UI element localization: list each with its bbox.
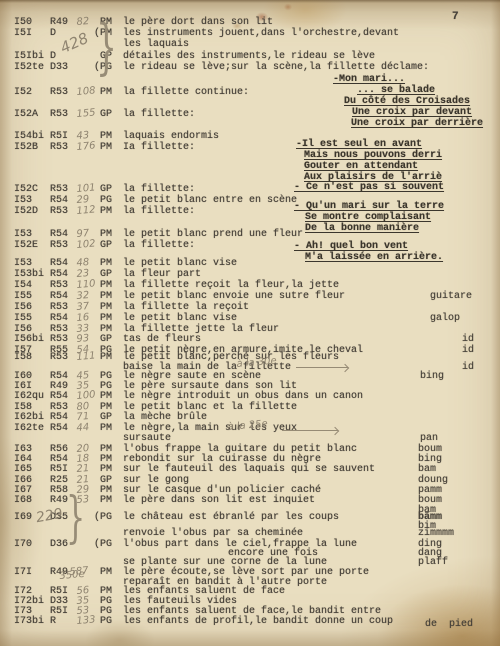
shot-id: I53bi — [14, 269, 44, 280]
action-description: détailes des instruments,le rideau se lè… — [123, 51, 375, 62]
footage-number-handwritten: 102 — [76, 238, 96, 251]
script-line: I52ER53102GPla fillette: — [0, 240, 500, 251]
pencil-annotation: 350e — [59, 569, 85, 582]
reel-code: R53 — [50, 280, 68, 291]
footage-number-handwritten: 155 — [76, 107, 96, 120]
format-code: PM — [100, 206, 112, 217]
action-description: le petit blanc prend une fleur — [123, 229, 303, 240]
action-description: la fillette continue: — [123, 87, 249, 98]
format-code: GP — [100, 184, 112, 195]
script-line: I62quR54100PMle nègre introduit un obus … — [0, 391, 500, 402]
footage-number-handwritten: 176 — [76, 140, 96, 153]
format-code: PM — [100, 142, 112, 153]
shot-id: I52E — [14, 240, 38, 251]
shot-id: I53 — [14, 229, 32, 240]
action-description: le rideau se lève;sur la scène,la fillet… — [123, 62, 429, 73]
script-line: I56R5337PMla fillette la reçoit — [0, 302, 500, 313]
reel-code: D33 — [50, 62, 68, 73]
shot-id: I52B — [14, 142, 38, 153]
shot-id: I62bi — [14, 412, 44, 423]
shot-id: I62qu — [14, 391, 44, 402]
script-page: 7 I50R4982PMle père dort dans son litI5I… — [0, 0, 500, 646]
action-description: la fillette reçoit la fleur,la jette — [123, 280, 339, 291]
format-code: PM — [100, 391, 112, 402]
pencil-arrow-icon — [296, 367, 348, 368]
reel-code: R53 — [50, 334, 68, 345]
dialogue-line: ... se balade — [357, 85, 435, 96]
sound-note: id — [462, 334, 474, 345]
reel-code: R53 — [50, 109, 68, 120]
pencil-brace-icon: } — [66, 495, 85, 539]
dialogue-line: - Qu'un mari sur la terre — [294, 201, 444, 212]
reel-code: R54 — [50, 195, 68, 206]
script-line: I53R5497PMle petit blanc prend une fleur — [0, 229, 500, 240]
action-description: de pied — [425, 619, 473, 630]
action-description: le petit blanc vise — [123, 258, 237, 269]
action-description: laquais endormis — [123, 131, 219, 142]
dialogue-line: -Mon mari... — [333, 74, 405, 85]
pencil-arrow-icon — [282, 430, 338, 431]
shot-id: I56 — [14, 302, 32, 313]
reel-code: R54 — [50, 229, 68, 240]
reel-code: R49 — [50, 17, 68, 28]
action-description: tas de fleurs — [123, 334, 201, 345]
action-description: le petit blanc envoie une sutre fleur — [123, 291, 345, 302]
format-code: GP — [100, 334, 112, 345]
script-line: I56biR5393GPtas de fleursid — [0, 334, 500, 345]
script-line: I54R53110PMla fillette reçoit la fleur,l… — [0, 280, 500, 291]
script-line: I55R5432PMle petit blanc envoie une sutr… — [0, 291, 500, 302]
action-description: la fillette: — [123, 109, 195, 120]
format-code: PM — [100, 302, 112, 313]
action-description: le père dort dans son lit — [123, 17, 273, 28]
script-line: de pied — [0, 619, 500, 630]
shot-id: I55 — [14, 313, 32, 324]
reel-code: R54 — [50, 258, 68, 269]
dialogue-line: - Ah! quel bon vent — [294, 241, 408, 252]
footage-number-handwritten: 112 — [76, 204, 96, 217]
format-code: PM — [100, 229, 112, 240]
dialogue-line: De la bonne manière — [305, 223, 419, 234]
action-description: renvoie l'obus par sa cheminée — [123, 528, 303, 539]
script-line: I65R5I21PMsur le fauteuil des laquais qu… — [0, 464, 500, 475]
shot-id: I52A — [14, 109, 38, 120]
action-description: la fillette la reçoit — [123, 302, 249, 313]
shot-id: I52te — [14, 62, 44, 73]
reel-code: R54 — [50, 313, 68, 324]
pencil-brace-icon: } — [96, 23, 117, 71]
reel-code: R53 — [50, 206, 68, 217]
reel-code: R53 — [50, 302, 68, 313]
reel-code: R54 — [50, 291, 68, 302]
dialogue-line: Mais nous pouvons derri — [304, 150, 442, 161]
reel-code: R5I — [50, 131, 68, 142]
shot-id: I54 — [14, 280, 32, 291]
dialogue-line: Se montre complaisant — [305, 212, 431, 223]
format-code: PG — [100, 195, 112, 206]
format-code: PM — [100, 291, 112, 302]
sound-note: bam — [418, 464, 436, 475]
action-description: la fillette: — [123, 184, 195, 195]
format-code: PM — [100, 464, 112, 475]
action-description: les instruments jouent,dans l'orchestre,… — [123, 28, 399, 39]
dialogue-line: - Ce n'est pas si souvent — [294, 182, 444, 193]
reel-code: D — [50, 51, 56, 62]
footage-number-handwritten: 108 — [76, 85, 96, 98]
action-description: la fleur part — [123, 269, 201, 280]
action-description: la mèche brûle — [123, 412, 207, 423]
dialogue-line: M'a laissée en arrière. — [305, 252, 443, 263]
reel-code: R53 — [50, 87, 68, 98]
action-description: le nègre introduit un obus dans un canon — [123, 391, 363, 402]
dialogue-line: Une croix par derrière — [351, 118, 483, 129]
script-line: I5IbiDGPdétailes des instruments,le ride… — [0, 51, 500, 62]
sound-note: galop — [430, 313, 460, 324]
reel-code: R53 — [50, 142, 68, 153]
shot-id: I65 — [14, 464, 32, 475]
shot-id: I53 — [14, 195, 32, 206]
reel-code: R54 — [50, 269, 68, 280]
shot-id: I52D — [14, 206, 38, 217]
action-description: les laquais — [123, 39, 189, 50]
format-code: PM — [100, 258, 112, 269]
format-code: GP — [100, 412, 112, 423]
dialogue-line: Du côté des Croisades — [344, 96, 470, 107]
reel-code: R53 — [50, 184, 68, 195]
shot-id: I55 — [14, 291, 32, 302]
format-code: GP — [100, 109, 112, 120]
dialogue-line: Gouter en attendant — [304, 161, 418, 172]
action-description: Ia fillette: — [123, 142, 195, 153]
reel-code: R53 — [50, 240, 68, 251]
dialogue-line: -Il est seul en avant — [296, 139, 422, 150]
reel-code: R54 — [50, 391, 68, 402]
action-description: le petit blanc entre en scène — [123, 195, 297, 206]
action-description: sursaute — [123, 433, 171, 444]
footage-number-handwritten: 82 — [76, 16, 90, 28]
format-code: PM — [100, 87, 112, 98]
reel-code: R5I — [50, 464, 68, 475]
action-description: la fillette: — [123, 206, 195, 217]
dialogue-line: Une croix par devant — [352, 107, 472, 118]
format-code: GP — [100, 269, 112, 280]
sound-note: guitare — [430, 291, 472, 302]
script-line: I53biR5423GPla fleur part — [0, 269, 500, 280]
shot-id: I54bi — [14, 131, 44, 142]
format-code: PM — [100, 280, 112, 291]
sound-note: zimmmm — [418, 528, 454, 539]
script-line: I50R4982PMle père dort dans son lit — [0, 17, 500, 28]
script-line: I52teD33(PGle rideau se lève;sur la scèn… — [0, 62, 500, 73]
format-code: GP — [100, 240, 112, 251]
script-line: sursautepan — [0, 433, 500, 444]
shot-id: I53 — [14, 258, 32, 269]
script-line: I54biR5I43PMlaquais endormis — [0, 131, 500, 142]
script-line: I55R5416PMle petit blanc visegalop — [0, 313, 500, 324]
action-description: la fillette: — [123, 240, 195, 251]
shot-id: I50 — [14, 17, 32, 28]
reel-code: R54 — [50, 412, 68, 423]
shot-id: I56bi — [14, 334, 44, 345]
action-description: le petit blanc vise — [123, 313, 237, 324]
shot-id: I52 — [14, 87, 32, 98]
shot-id: I5I — [14, 28, 32, 39]
reel-code: D — [50, 28, 56, 39]
sound-note: pan — [420, 433, 438, 444]
format-code: PM — [100, 131, 112, 142]
shot-id: I5Ibi — [14, 51, 44, 62]
action-description: sur le fauteuil des laquais qui se sauve… — [123, 464, 375, 475]
format-code: PM — [100, 313, 112, 324]
shot-id: I52C — [14, 184, 38, 195]
